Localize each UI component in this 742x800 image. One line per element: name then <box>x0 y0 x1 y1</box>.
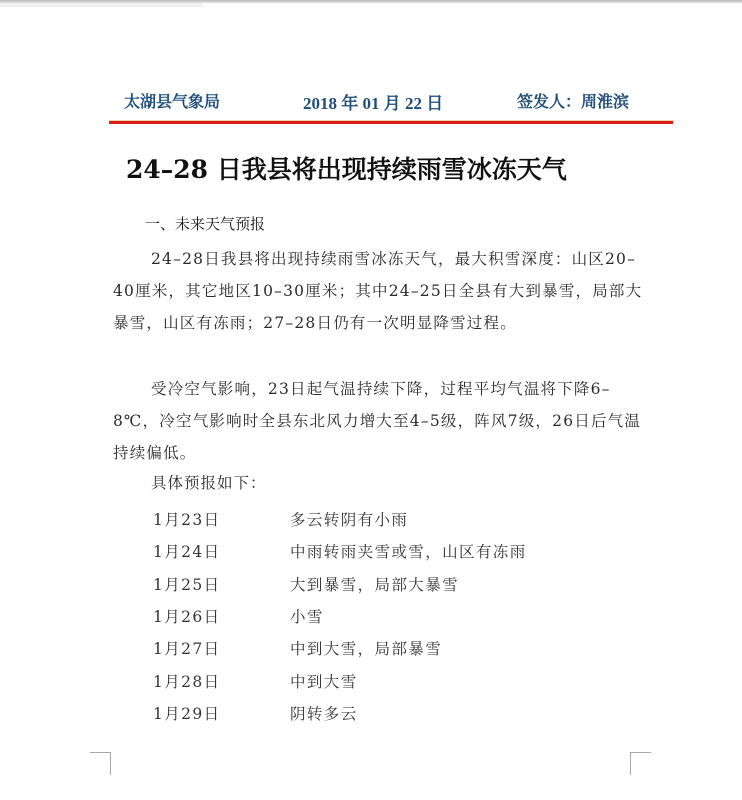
section-heading: 一、未来天气预报 <box>145 213 265 234</box>
page-corner-mark-bottom-left <box>90 752 111 775</box>
forecast-row: 1月28日 中到大雪 <box>153 664 613 696</box>
forecast-row: 1月26日 小雪 <box>153 600 613 632</box>
forecast-date: 1月28日 <box>153 670 290 692</box>
document-page: 太湖县气象局 2018 年 01 月 22 日 签发人：周淮滨 24–28 日我… <box>0 0 742 800</box>
forecast-row: 1月23日 多云转阴有小雨 <box>153 503 613 535</box>
document-title: 24–28 日我县将出现持续雨雪冰冻天气 <box>126 150 646 186</box>
red-header-rule <box>109 120 673 124</box>
issuing-organization: 太湖县气象局 <box>124 89 220 112</box>
forecast-date: 1月24日 <box>153 540 290 562</box>
forecast-weather: 阴转多云 <box>290 702 358 724</box>
masthead: 太湖县气象局 2018 年 01 月 22 日 签发人：周淮滨 <box>124 89 664 113</box>
forecast-date: 1月27日 <box>153 637 290 659</box>
page-corner-mark-bottom-right <box>630 752 651 775</box>
forecast-weather: 中雨转雨夹雪或雪，山区有冻雨 <box>290 540 527 562</box>
forecast-date: 1月23日 <box>153 508 290 530</box>
paragraph-temperature-wind: 受冷空气影响，23日起气温持续下降，过程平均气温将下降6–8℃，冷空气影响时全县… <box>113 373 643 469</box>
paragraph-snow-forecast: 24–28日我县将出现持续雨雪冰冻天气，最大积雪深度：山区20–40厘米，其它地… <box>113 243 643 339</box>
forecast-row: 1月24日 中雨转雨夹雪或雪，山区有冻雨 <box>153 535 613 567</box>
forecast-date: 1月25日 <box>153 573 290 595</box>
forecast-row: 1月27日 中到大雪，局部暴雪 <box>153 632 613 664</box>
forecast-row: 1月29日 阴转多云 <box>153 697 613 729</box>
forecast-date: 1月29日 <box>153 702 290 724</box>
forecast-row: 1月25日 大到暴雪，局部大暴雪 <box>153 568 613 600</box>
signer: 签发人：周淮滨 <box>517 89 629 112</box>
issue-date: 2018 年 01 月 22 日 <box>303 89 443 114</box>
forecast-list: 1月23日 多云转阴有小雨 1月24日 中雨转雨夹雪或雪，山区有冻雨 1月25日… <box>153 503 613 729</box>
forecast-date: 1月26日 <box>153 605 290 627</box>
forecast-weather: 大到暴雪，局部大暴雪 <box>290 573 459 595</box>
forecast-weather: 小雪 <box>290 605 324 627</box>
forecast-weather: 中到大雪 <box>290 670 358 692</box>
forecast-weather: 中到大雪，局部暴雪 <box>290 637 442 659</box>
forecast-weather: 多云转阴有小雨 <box>290 508 408 530</box>
forecast-intro: 具体预报如下： <box>151 471 267 493</box>
